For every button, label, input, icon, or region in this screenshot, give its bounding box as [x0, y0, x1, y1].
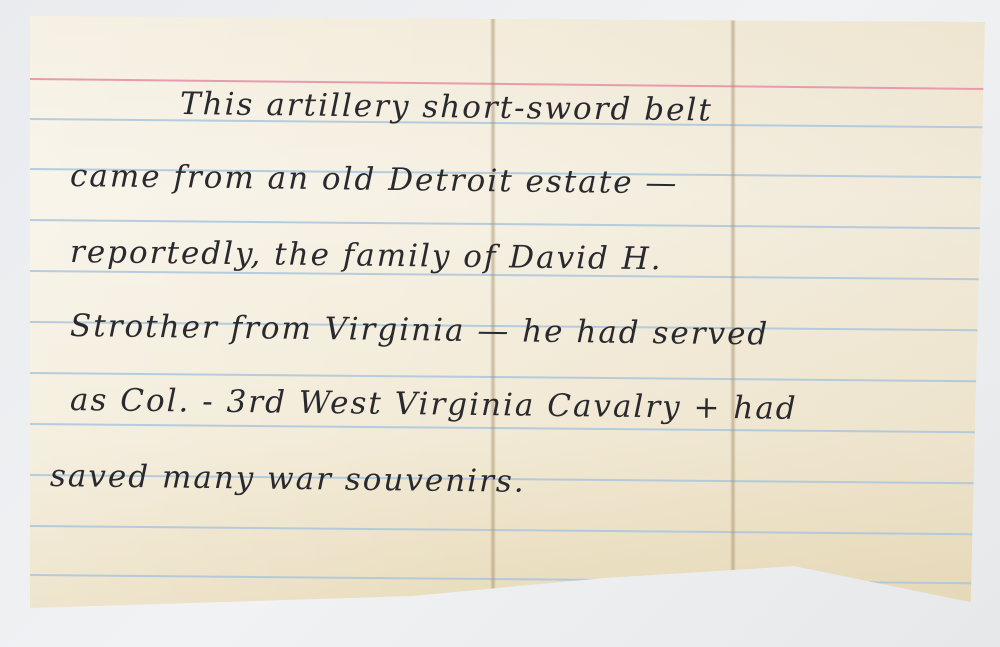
note-line-1: This artillery short-sword belt	[180, 86, 713, 129]
note-line-6: saved many war souvenirs.	[50, 458, 526, 500]
handwritten-note-paper: This artillery short-sword belt came fro…	[30, 16, 985, 614]
paper-fold-crease	[730, 16, 736, 614]
note-line-3: reportedly, the family of David H.	[70, 234, 663, 277]
note-line-2: came from an old Detroit estate —	[70, 158, 679, 201]
